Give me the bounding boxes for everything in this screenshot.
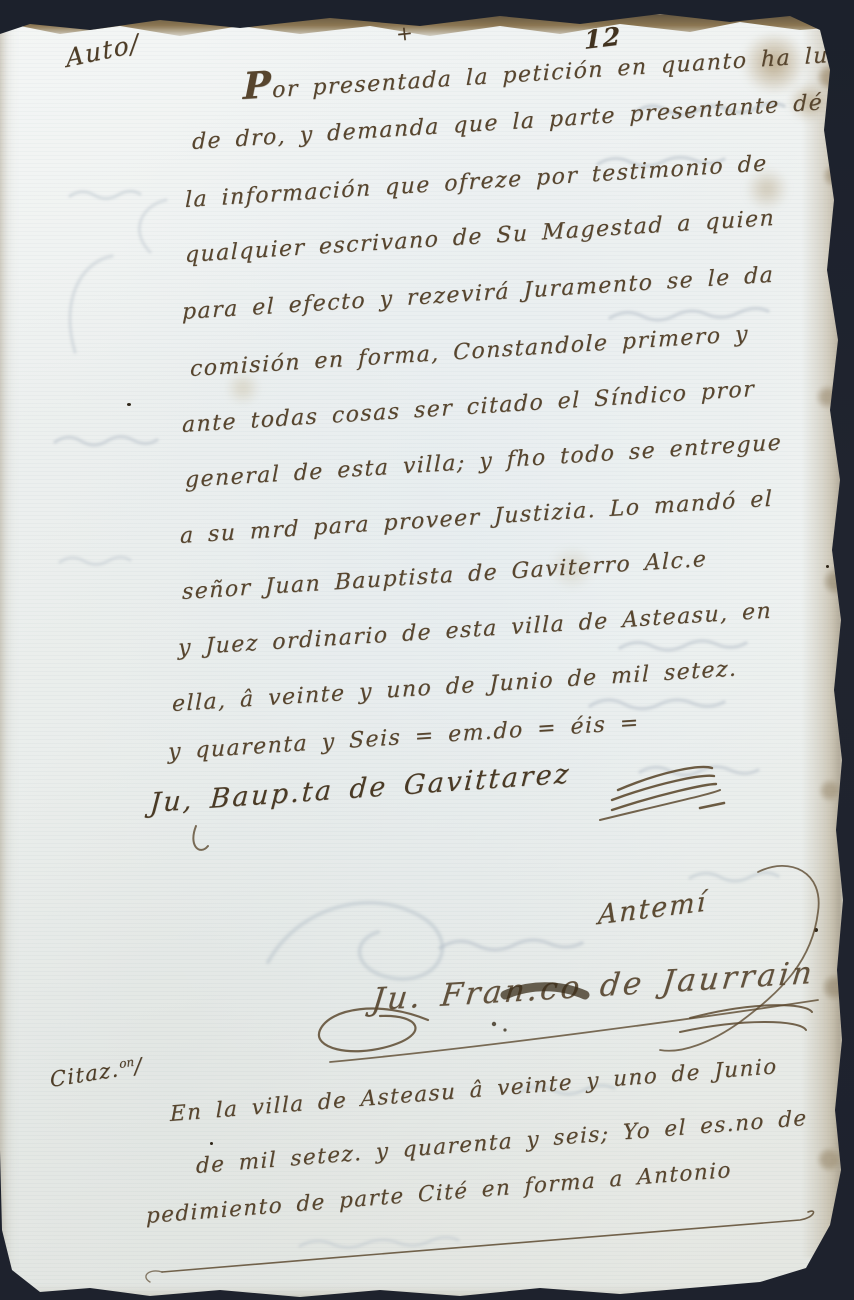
body-line: y Juez ordinario de esta villa de Asteas…	[178, 599, 772, 661]
margin-note-citation: Citaz.on/	[49, 1053, 144, 1092]
body-line: señor Juan Bauptista de Gaviterro Alc.e	[182, 547, 707, 605]
antemi-label: Antemí	[597, 886, 707, 931]
body-line: ante todas cosas ser citado el Síndico p…	[182, 377, 755, 438]
margin-note-auto: Auto/	[64, 28, 141, 73]
paper-fleck	[210, 1142, 213, 1145]
manuscript-paper: Auto/ + 12 Por presentada la petición en…	[0, 0, 854, 1300]
citation-label-superscript: on	[119, 1055, 135, 1071]
citation-label-slash: /	[134, 1053, 144, 1078]
body-line: y quarenta y Seis = em.do = éis =	[168, 710, 640, 765]
citation-label-text: Citaz.	[49, 1057, 120, 1092]
judge-signature: Ju, Baup.ta de Gavittarez	[149, 758, 572, 819]
manuscript-photo: Auto/ + 12 Por presentada la petición en…	[0, 0, 854, 1300]
body-line: la información que ofreze por testimonio…	[185, 151, 768, 213]
deckled-right-edge	[802, 28, 842, 1258]
paper-fleck	[826, 565, 829, 568]
body-line: a su mrd para proveer Justizia. Lo mandó…	[180, 487, 773, 549]
scribe-signature: Ju. Fran.co de Jaurrain	[370, 955, 817, 1018]
cross-mark: +	[395, 20, 416, 46]
body-line: para el efecto y rezevirá Juramento se l…	[182, 263, 774, 325]
body-line: comisión en forma, Constandole primero y	[190, 322, 749, 382]
paper-fleck	[814, 928, 818, 932]
body-line: ella, â veinte y uno de Junio de mil set…	[172, 656, 738, 717]
paper-fleck	[127, 403, 131, 406]
body-line: general de esta villa; y fho todo se ent…	[185, 430, 782, 493]
body-line: qualquier escrivano de Su Magestad a qui…	[185, 206, 775, 268]
